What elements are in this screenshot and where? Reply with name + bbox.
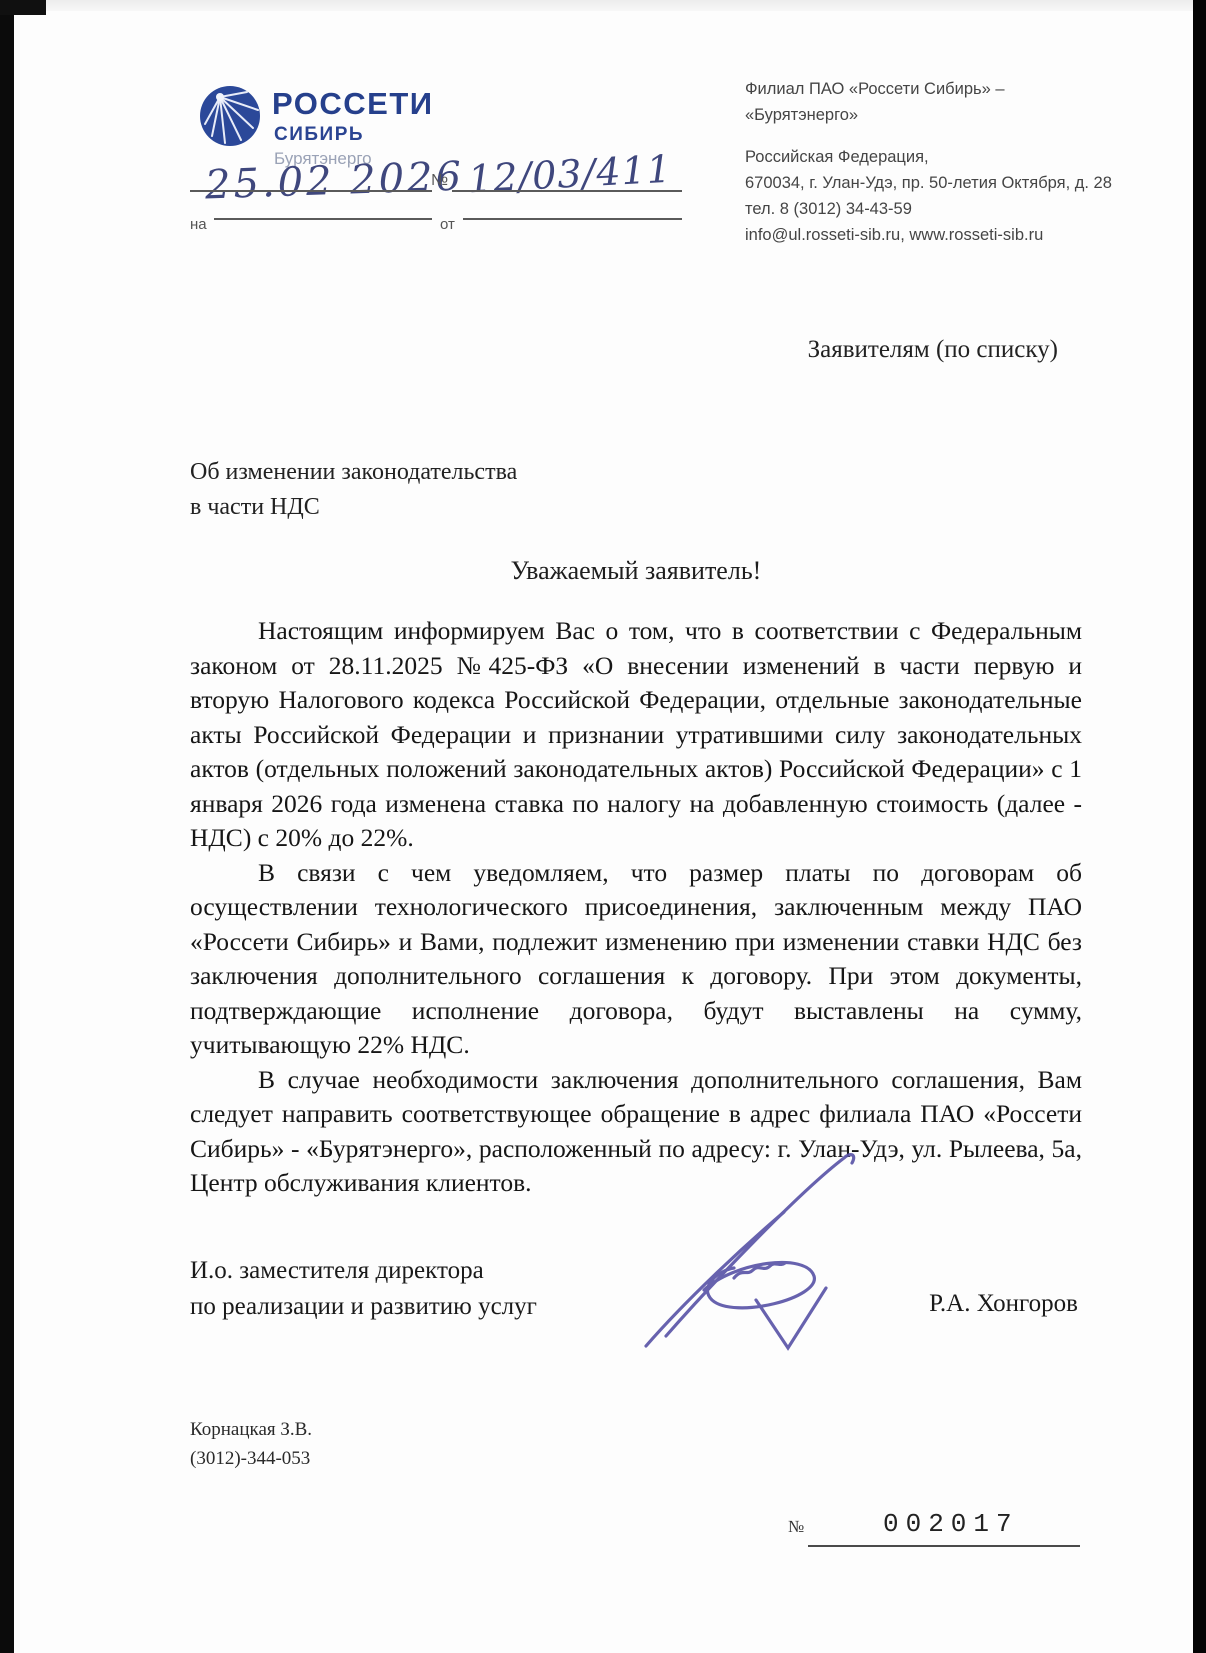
handwritten-date: 25.02 2026 [204,153,464,208]
branch-address-street: 670034, г. Улан-Удэ, пр. 50-летия Октябр… [745,170,1135,196]
branch-info-block: Филиал ПАО «Россети Сибирь» – «Бурятэнер… [745,76,1135,248]
reg-number-label: № [788,1517,804,1537]
branch-name-line1: Филиал ПАО «Россети Сибирь» – [745,76,1135,102]
branch-email-website: info@ul.rosseti-sib.ru, www.rosseti-sib.… [745,222,1135,248]
number-line [452,190,682,192]
handwritten-number: 12/03/411 [467,147,673,202]
signer-position-line1: И.о. заместителя директора [190,1253,537,1289]
executor-name: Корнацкая З.В. [190,1415,312,1444]
na-label: на [190,216,207,233]
registration-number-block: № 002017 [788,1505,1088,1553]
subject-line2: в части НДС [190,490,517,525]
reg-number-value: 002017 [883,1509,1019,1539]
body-paragraph-2: В связи с чем уведомляем, что размер пла… [190,856,1082,1063]
ot-label: от [440,216,455,233]
rosseti-globe-icon [198,84,262,148]
recipient-line: Заявителям (по списку) [808,336,1058,364]
scan-top-edge [14,0,1193,11]
ot-line [463,218,682,220]
scan-corner-artifact [0,0,46,15]
reg-number-line [808,1545,1080,1547]
scan-right-edge [1193,0,1206,1653]
signer-position: И.о. заместителя директора по реализации… [190,1253,537,1325]
body-paragraph-1: Настоящим информируем Вас о том, что в с… [190,614,1082,856]
date-line [190,190,432,192]
brand-region: СИБИРЬ [274,124,364,146]
salutation: Уважаемый заявитель! [190,556,1082,586]
scanned-letter-page: РОССЕТИ СИБИРЬ Бурятэнерго Филиал ПАО «Р… [0,0,1206,1653]
subject-block: Об изменении законодательства в части НД… [190,455,517,525]
signer-name: Р.А. Хонгоров [929,1290,1078,1318]
branch-address-country: Российская Федерация, [745,144,1135,170]
letter-body: Настоящим информируем Вас о том, что в с… [190,614,1082,1201]
scan-left-edge [0,0,14,1653]
na-line [214,218,432,220]
body-paragraph-3: В случае необходимости заключения дополн… [190,1063,1082,1201]
signer-position-line2: по реализации и развитию услуг [190,1289,537,1325]
branch-name-line2: «Бурятэнерго» [745,102,1135,128]
subject-line1: Об изменении законодательства [190,455,517,490]
handwritten-signature [638,1138,894,1353]
branch-phone: тел. 8 (3012) 34-43-59 [745,196,1135,222]
spacer [745,128,1135,144]
executor-phone: (3012)-344-053 [190,1444,312,1473]
brand-name: РОССЕТИ [272,86,434,122]
number-label: № [431,172,448,190]
executor-contact: Корнацкая З.В. (3012)-344-053 [190,1415,312,1473]
